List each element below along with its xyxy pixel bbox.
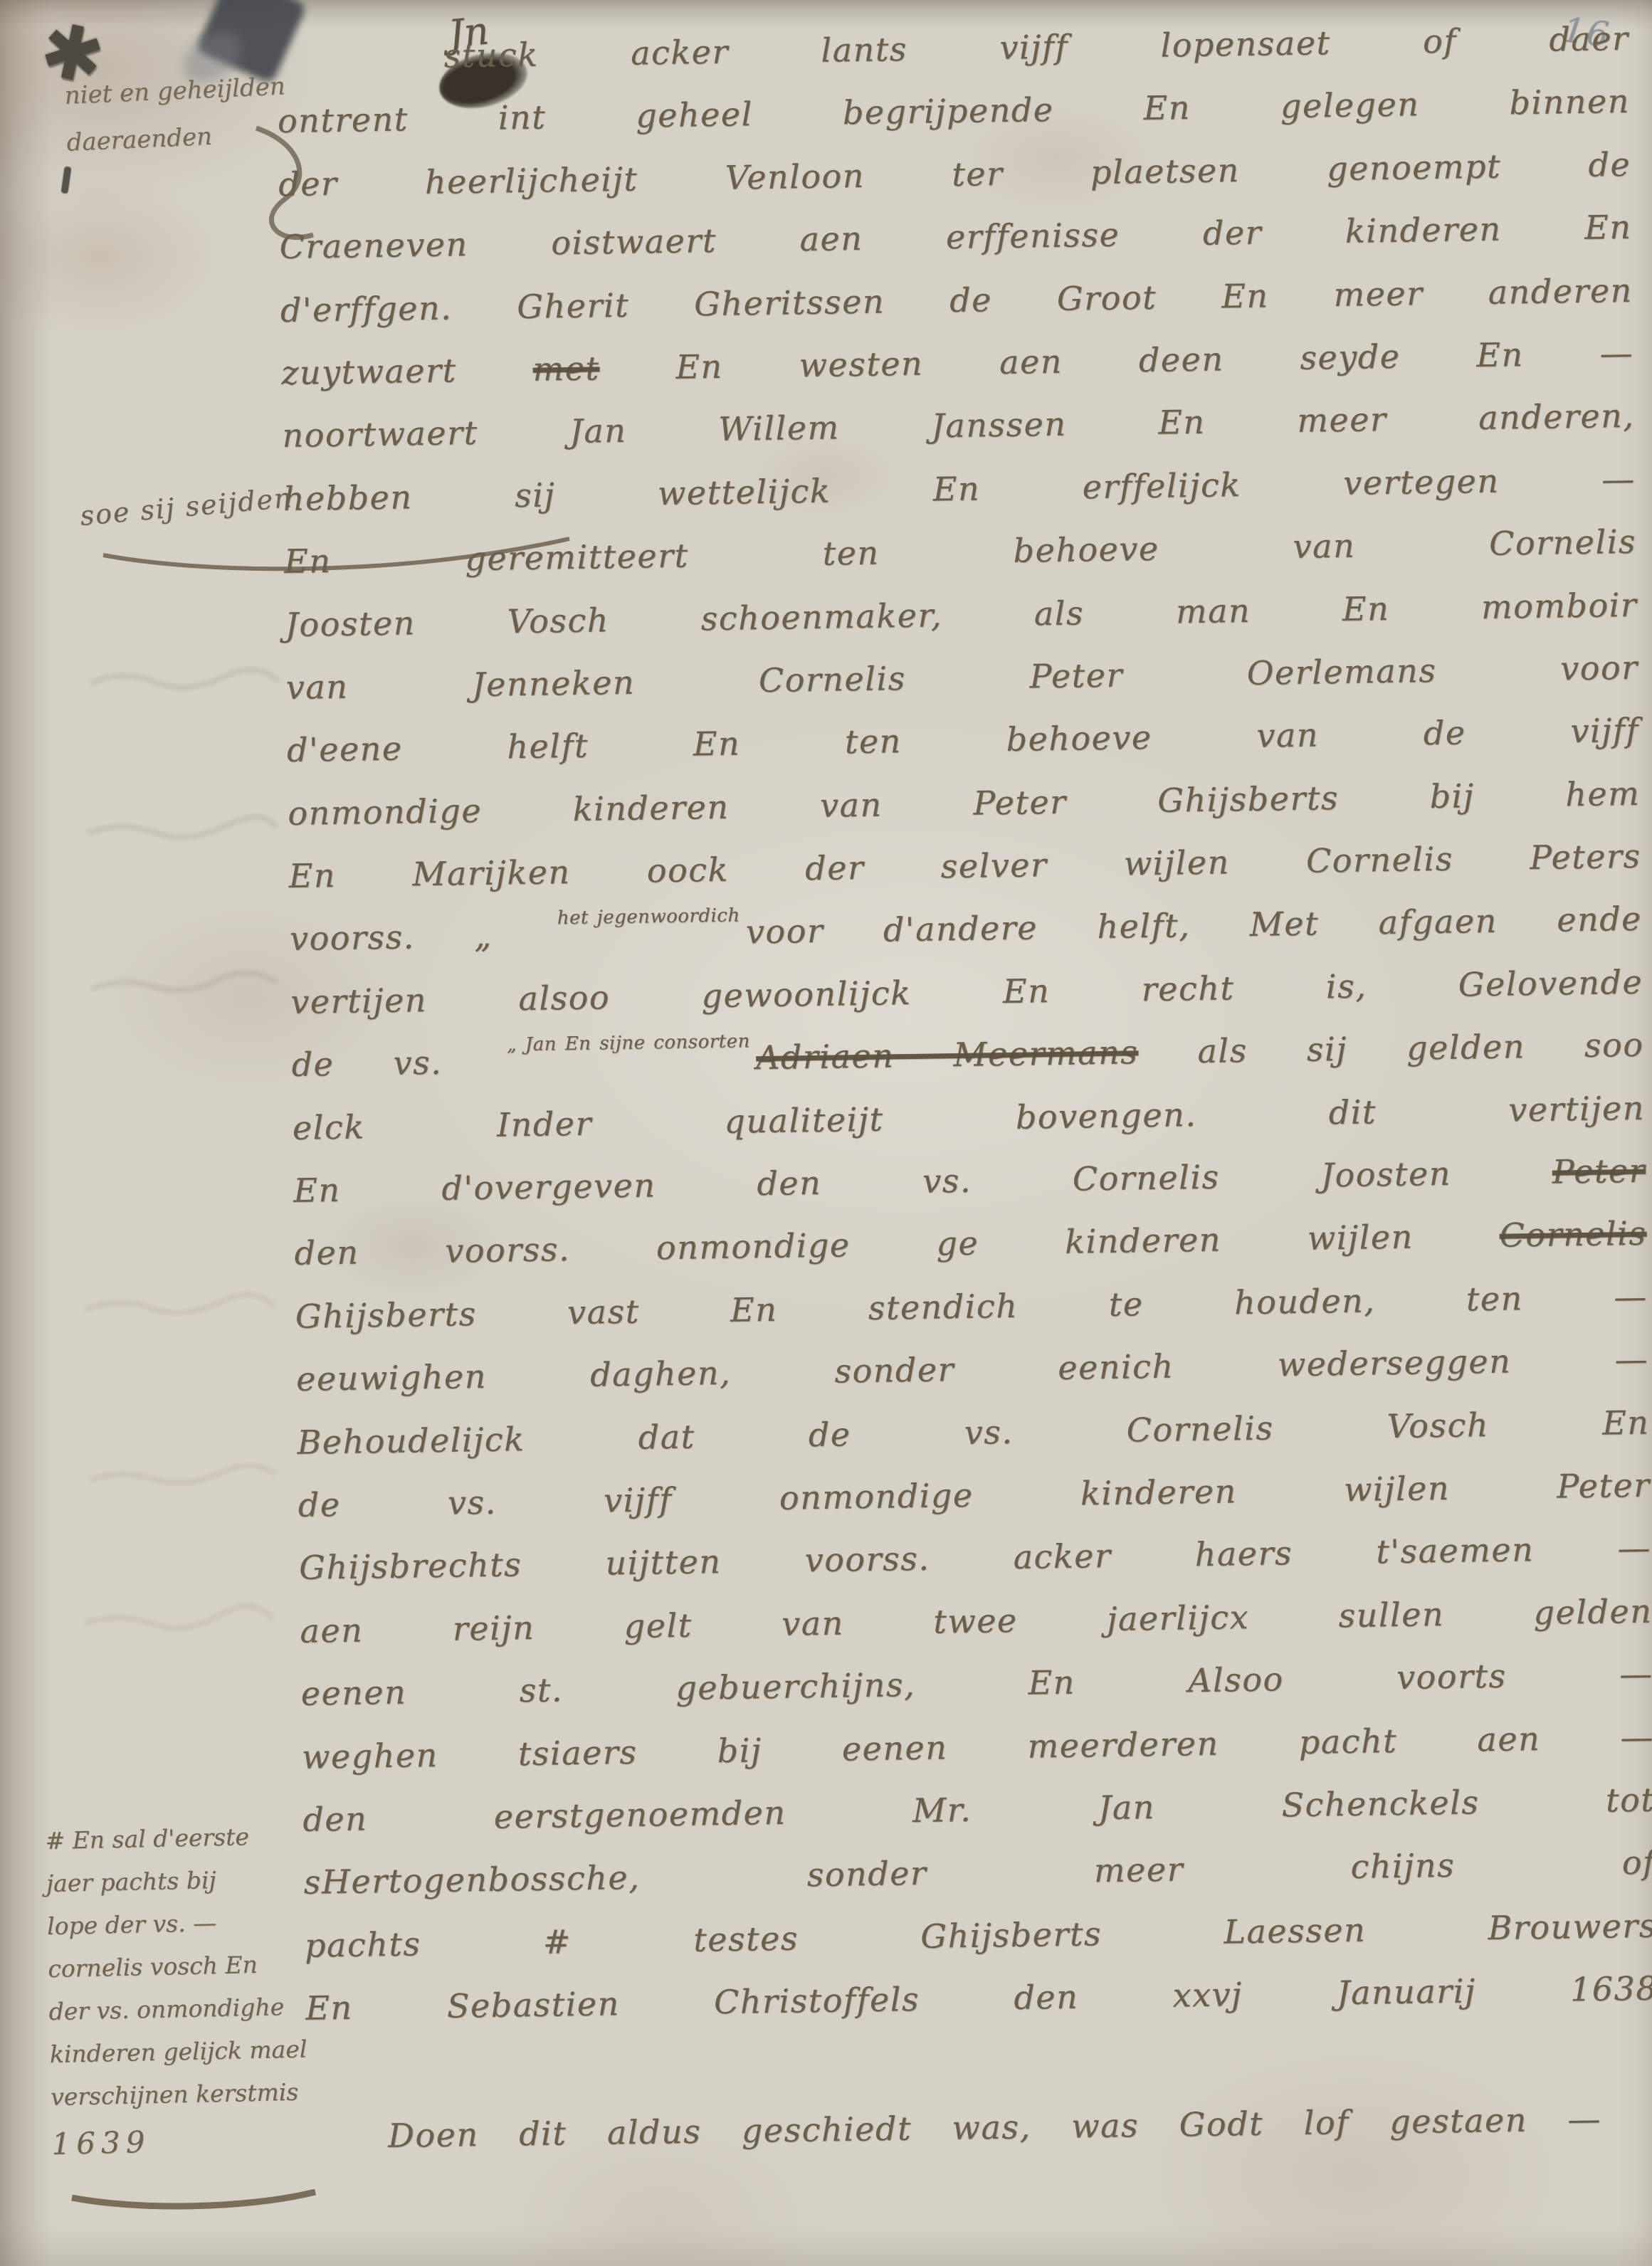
date-underline-flourish	[68, 2186, 324, 2222]
struck-text: met	[532, 349, 600, 388]
edge-ink-tick	[60, 166, 71, 194]
manuscript-lines: stuck acker lants vijff lopensaet of dae…	[276, 7, 1652, 2040]
manuscript-page: 16 ✱ niet en geheijldendaeraenden soe si…	[0, 0, 1652, 2266]
margin-note-middle: soe sij seijden	[79, 482, 294, 532]
bleedthrough-ghost-strokes	[78, 1267, 292, 1665]
struck-text: Peter	[1552, 1152, 1646, 1191]
margin-note-line: verschijnen kerstmis	[51, 2069, 393, 2119]
interlinear-insertion: „ Jan En sijne consorten	[507, 1042, 750, 1045]
struck-text: Cornelis	[1499, 1214, 1647, 1255]
margin-note-line: 1639	[51, 2116, 394, 2166]
interlinear-insertion: het jegenwoordich	[557, 916, 740, 919]
closing-line: Doen dit aldus geschiedt was, was Godt l…	[388, 2099, 1602, 2155]
struck-text: Adriaen Meermans	[756, 1033, 1139, 1077]
bleedthrough-ghost-strokes	[82, 655, 295, 1096]
